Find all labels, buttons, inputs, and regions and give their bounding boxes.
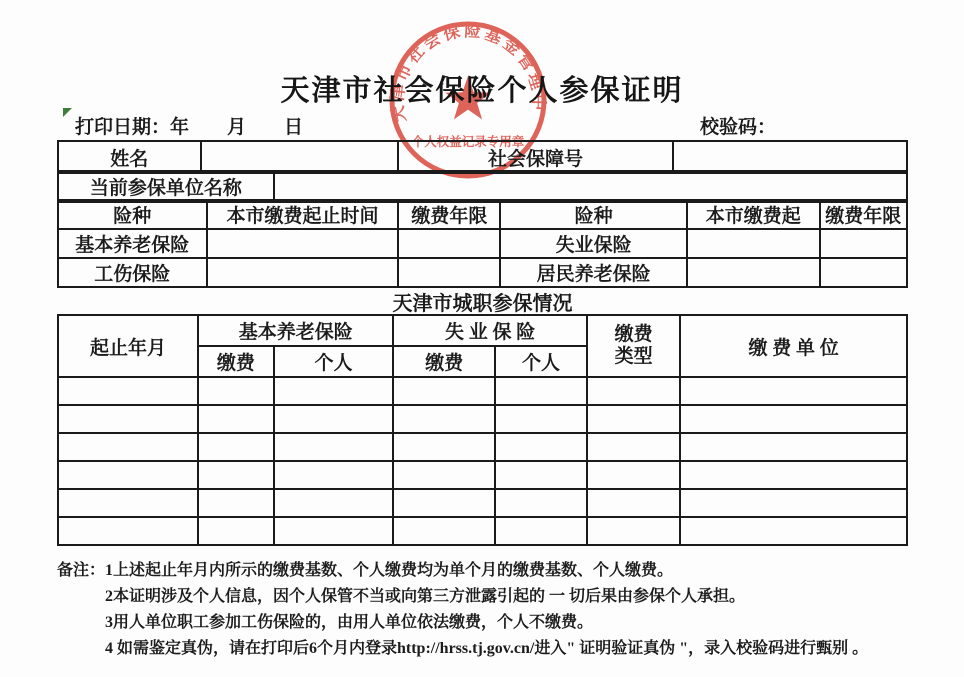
- note-item-2: 2本证明涉及个人信息，因个人保管不当或向第三方泄露引起的 一 切后果由参保个人承…: [105, 584, 937, 610]
- col-header-period-left: 本市缴费起止时间: [207, 200, 399, 229]
- empty-cell: [587, 405, 680, 433]
- contribution-detail-table: 起止年月 基本养老保险 失 业 保 险 缴费 类型 缴 费 单 位 缴费 个人 …: [57, 314, 908, 546]
- work-injury-period-value: [207, 258, 399, 287]
- empty-cell: [495, 489, 587, 517]
- empty-cell: [58, 405, 198, 433]
- empty-cell: [587, 461, 680, 489]
- resident-pension-years-value: [820, 258, 908, 287]
- col-header-insurance-type-right: 险种: [500, 200, 687, 229]
- insurance-header-row: 险种 本市缴费起止时间 缴费年限 险种 本市缴费起 缴费年限: [58, 200, 907, 229]
- sub-header-pension-personal: 个人: [274, 346, 394, 377]
- green-corner-marker-icon: [63, 108, 72, 117]
- check-code-label: 校验码：: [700, 112, 776, 139]
- empty-cell: [58, 377, 198, 405]
- empty-cell: [393, 377, 495, 405]
- employer-label: 当前参保单位名称: [58, 171, 274, 202]
- col-header-insurance-type-left: 险种: [58, 200, 207, 229]
- unemployment-period-value: [687, 229, 819, 258]
- notes-section: 备注： 1上述起止年月内所示的缴费基数、个人缴费均为单个月的缴费基数、个人缴费。…: [57, 558, 937, 662]
- note-item-3: 3用人单位职工参加工伤保险的，由用人单位依法缴费，个人不缴费。: [105, 610, 937, 636]
- meta-row: 打印日期：年 月 日 校验码：: [57, 112, 908, 138]
- empty-cell: [198, 377, 274, 405]
- print-date: 打印日期：年 月 日: [75, 112, 303, 139]
- empty-cell: [587, 489, 680, 517]
- sub-header-unemployment-personal: 个人: [495, 346, 587, 377]
- empty-cell: [198, 405, 274, 433]
- empty-cell: [274, 377, 394, 405]
- empty-cell: [58, 517, 198, 545]
- empty-cell: [587, 433, 680, 461]
- col-header-period-right: 本市缴费起: [687, 200, 819, 229]
- empty-cell: [274, 405, 394, 433]
- empty-cell: [680, 377, 907, 405]
- work-injury-years-value: [398, 258, 500, 287]
- name-label: 姓名: [58, 141, 201, 173]
- table-row: [58, 377, 907, 405]
- table-row: 当前参保单位名称: [58, 171, 907, 202]
- employer-value: [274, 171, 907, 202]
- pension-insurance-label: 基本养老保险: [58, 229, 207, 258]
- ssn-value: [673, 141, 907, 173]
- name-value: [201, 141, 399, 173]
- print-date-value: 年 月 日: [170, 117, 303, 138]
- empty-cell: [58, 489, 198, 517]
- empty-cell: [393, 517, 495, 545]
- empty-cell: [274, 517, 394, 545]
- ssn-label: 社会保障号: [398, 141, 672, 173]
- table-row: 姓名 社会保障号: [58, 141, 907, 173]
- empty-cell: [680, 433, 907, 461]
- empty-cell: [274, 461, 394, 489]
- col-header-pay-type: 缴费 类型: [587, 315, 680, 377]
- empty-cell: [680, 461, 907, 489]
- print-date-label: 打印日期：: [75, 117, 170, 138]
- table-row: 基本养老保险 失业保险: [58, 229, 907, 258]
- empty-cell: [393, 489, 495, 517]
- resident-pension-period-value: [687, 258, 819, 287]
- empty-cell: [393, 433, 495, 461]
- col-header-start-end-month: 起止年月: [58, 315, 198, 377]
- empty-cell: [58, 433, 198, 461]
- empty-cell: [495, 433, 587, 461]
- empty-cell: [393, 405, 495, 433]
- empty-cell: [198, 433, 274, 461]
- page-title: 天津市社会保险个人参保证明: [0, 68, 964, 109]
- unemployment-years-value: [820, 229, 908, 258]
- note-item-1: 1上述起止年月内所示的缴费基数、个人缴费均为单个月的缴费基数、个人缴费。: [105, 558, 937, 584]
- pension-period-value: [207, 229, 399, 258]
- group-header-pension: 基本养老保险: [198, 315, 393, 346]
- insurance-summary-table: 险种 本市缴费起止时间 缴费年限 险种 本市缴费起 缴费年限 基本养老保险 失业…: [57, 199, 908, 288]
- note-item-4: 4 如需鉴定真伪，请在打印后6个月内登录http://hrss.tj.gov.c…: [105, 636, 937, 662]
- social-insurance-certificate-page: 天津市社会保险基金管理中心 个人权益记录专用章 天津市社会保险个人参保证明 打印…: [0, 0, 964, 677]
- empty-cell: [393, 461, 495, 489]
- group-header-unemployment: 失 业 保 险: [393, 315, 587, 346]
- pension-years-value: [398, 229, 500, 258]
- empty-cell: [495, 377, 587, 405]
- sub-header-unemployment-payment: 缴费: [393, 346, 495, 377]
- detail-header-row-1: 起止年月 基本养老保险 失 业 保 险 缴费 类型 缴 费 单 位: [58, 315, 907, 346]
- table-row: [58, 405, 907, 433]
- table-row: [58, 489, 907, 517]
- empty-cell: [495, 517, 587, 545]
- empty-cell: [680, 405, 907, 433]
- unemployment-insurance-label: 失业保险: [500, 229, 687, 258]
- col-header-years-left: 缴费年限: [398, 200, 500, 229]
- empty-cell: [274, 433, 394, 461]
- empty-cell: [198, 461, 274, 489]
- empty-cell: [274, 489, 394, 517]
- empty-cell: [198, 489, 274, 517]
- empty-cell: [58, 461, 198, 489]
- empty-cell: [587, 377, 680, 405]
- table-row: [58, 433, 907, 461]
- sub-header-pension-payment: 缴费: [198, 346, 274, 377]
- col-header-pay-unit: 缴 费 单 位: [680, 315, 907, 377]
- empty-cell: [495, 461, 587, 489]
- personal-info-table: 姓名 社会保障号: [57, 140, 908, 174]
- table-row: [58, 461, 907, 489]
- empty-cell: [198, 517, 274, 545]
- section-title: 天津市城职参保情况: [57, 287, 908, 316]
- empty-cell: [495, 405, 587, 433]
- table-row: 工伤保险 居民养老保险: [58, 258, 907, 287]
- detail-table-body: [58, 377, 907, 545]
- resident-pension-insurance-label: 居民养老保险: [500, 258, 687, 287]
- notes-label: 备注：: [57, 558, 105, 584]
- empty-cell: [680, 517, 907, 545]
- table-row: [58, 517, 907, 545]
- col-header-years-right: 缴费年限: [820, 200, 908, 229]
- empty-cell: [680, 489, 907, 517]
- work-injury-insurance-label: 工伤保险: [58, 258, 207, 287]
- empty-cell: [587, 517, 680, 545]
